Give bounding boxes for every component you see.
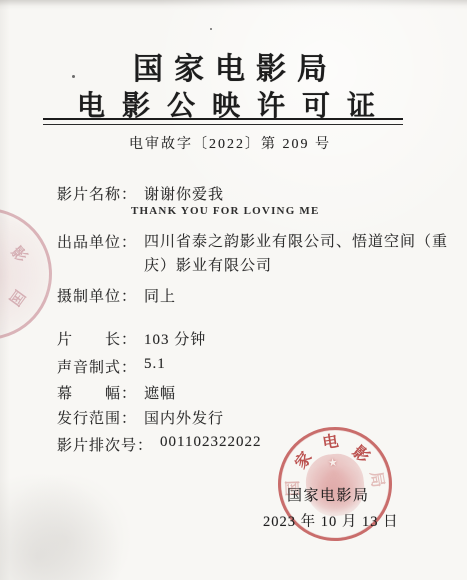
issuer-name: 国家电影局 <box>287 484 370 505</box>
scan-speck <box>210 28 212 30</box>
field-film-title: 影片名称： 谢谢你爱我 <box>57 183 224 204</box>
field-distribution-scope: 发行范围： 国内外发行 <box>57 407 224 428</box>
seal-character: 影 <box>7 241 33 266</box>
field-production-unit: 摄制单位： 同上 <box>57 285 176 306</box>
seal-character: 电 <box>320 433 341 454</box>
field-value: 四川省泰之韵影业有限公司、悟道空间（重庆）影业有限公司 <box>144 231 456 278</box>
star-icon: ★ <box>327 456 338 470</box>
field-label: 片 长： <box>57 328 137 349</box>
field-label: 幕 幅： <box>57 382 137 403</box>
field-label: 影片名称： <box>57 183 137 204</box>
field-value: 国内外发行 <box>144 407 224 428</box>
agency-title: 国家电影局 <box>0 44 460 88</box>
film-permit-document: 国家电影局 电影公映许可证 电审故字〔2022〕第 209 号 影片名称： 谢谢… <box>0 0 467 580</box>
field-sound-format: 声音制式： 5.1 <box>57 356 166 377</box>
field-label: 摄制单位： <box>57 285 137 306</box>
field-screen-format: 幕 幅： 遮幅 <box>57 382 176 403</box>
field-value: 谢谢你爱我 <box>144 183 224 204</box>
field-label: 影片排次号： <box>57 434 153 455</box>
field-value: 5.1 <box>144 356 166 373</box>
field-label: 声音制式： <box>57 356 137 377</box>
field-value: 103 分钟 <box>144 328 206 349</box>
field-value: 遮幅 <box>144 382 176 403</box>
seal-character: 国 <box>5 286 31 310</box>
field-value: 同上 <box>144 285 176 306</box>
field-value: 001102322022 <box>160 434 261 451</box>
field-label: 出品单位： <box>57 231 137 252</box>
field-english-title: THANK YOU FOR LOVING ME <box>131 205 320 217</box>
field-producer: 出品单位： 四川省泰之韵影业有限公司、悟道空间（重庆）影业有限公司 <box>57 231 456 278</box>
issue-date: 2023 年 10 月 13 日 <box>263 510 399 531</box>
field-serial-number: 影片排次号： 001102322022 <box>57 434 261 455</box>
permit-number: 电审故字〔2022〕第 209 号 <box>0 133 460 153</box>
field-label: 发行范围： <box>57 407 137 428</box>
header-divider <box>43 118 403 125</box>
field-film-length: 片 长： 103 分钟 <box>57 328 206 349</box>
partial-seal-left: 影 国 <box>0 199 61 348</box>
